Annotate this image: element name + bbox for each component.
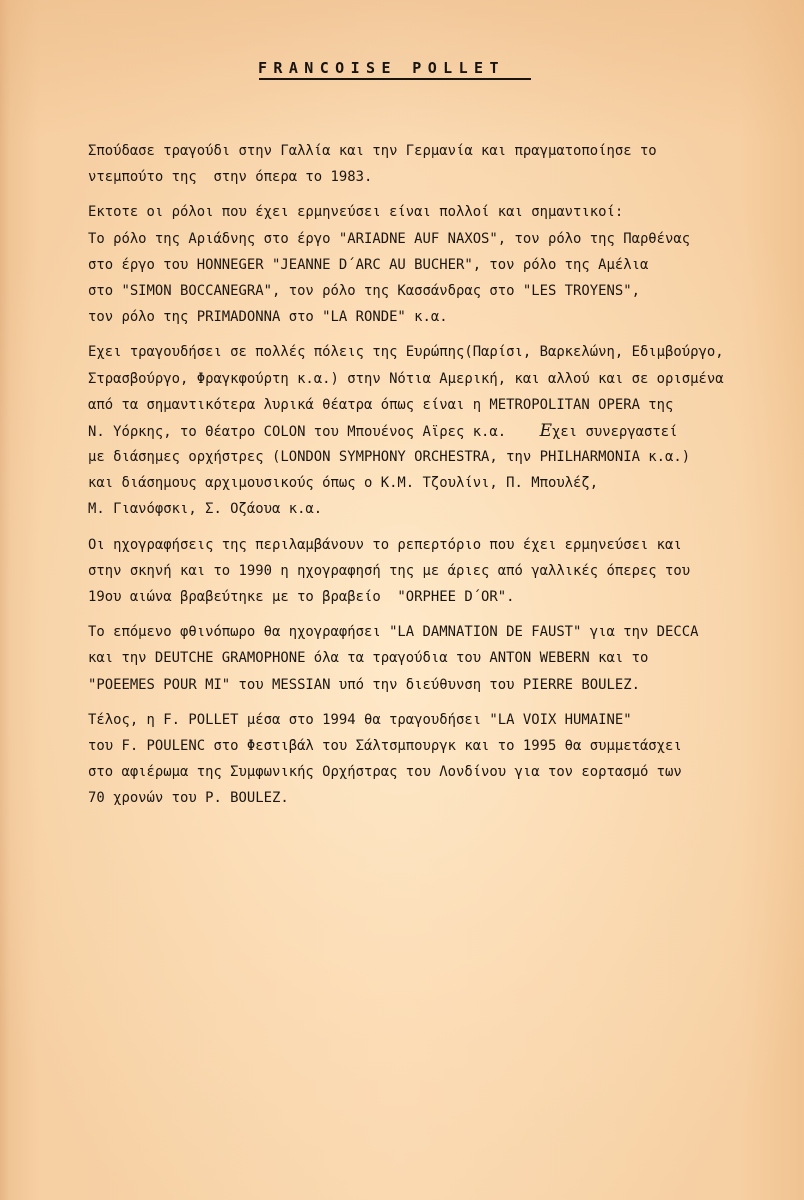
text-line: και διάσημους αρχιμουσικούς όπως ο Κ.Μ. …: [88, 470, 798, 496]
text-line: Οι ηχογραφήσεις της περιλαμβάνουν το ρεπ…: [88, 532, 798, 558]
text-line-with-handwriting: Ν. Υόρκης, το Θέατρο COLON του Μπουένος …: [88, 418, 798, 444]
text-line: 19ου αιώνα βραβεύτηκε με το βραβείο "ORP…: [88, 584, 798, 610]
text-line: με διάσημες ορχήστρες (LONDON SYMPHONY O…: [88, 444, 798, 470]
document-body: Σπούδασε τραγούδι στην Γαλλία και την Γε…: [88, 138, 798, 821]
text-line: 70 χρονών του P. BOULEZ.: [88, 785, 798, 811]
document-title: FRANCOISE POLLET: [258, 58, 532, 78]
text-line: τον ρόλο της PRIMADONNA στο "LA RONDE" κ…: [88, 304, 798, 330]
text-line: στην σκηνή και το 1990 η ηχογραφησή της …: [88, 558, 798, 584]
text-line: ντεμπούτο της στην όπερα το 1983.: [88, 164, 798, 190]
text-line: Το επόμενο φθινόπωρο θα ηχογραφήσει "LA …: [88, 619, 798, 645]
text-line: στο "SIMON BOCCANEGRA", τον ρόλο της Κασ…: [88, 278, 798, 304]
paragraph-recordings: Οι ηχογραφήσεις της περιλαμβάνουν το ρεπ…: [88, 532, 798, 611]
text-line: στο αφιέρωμα της Συμφωνικής Ορχήστρας το…: [88, 759, 798, 785]
text-line: Σπούδασε τραγούδι στην Γαλλία και την Γε…: [88, 138, 798, 164]
text-line: Τέλος, η F. POLLET μέσα στο 1994 θα τραγ…: [88, 707, 798, 733]
text-line: του F. POULENC στο Φεστιβάλ του Σάλτσμπο…: [88, 733, 798, 759]
text-line: και την DEUTCHE GRAMOPHONE όλα τα τραγού…: [88, 645, 798, 671]
text-line: Εκτοτε οι ρόλοι που έχει ερμηνεύσει είνα…: [88, 199, 798, 225]
text-line: στο έργο του HONNEGER "JEANNE D´ARC AU B…: [88, 252, 798, 278]
text-segment: Ν. Υόρκης, το Θέατρο COLON του Μπουένος …: [88, 424, 540, 440]
text-line: "POEEMES POUR MI" του MESSIAN υπό την δι…: [88, 672, 798, 698]
paragraph-roles: Εκτοτε οι ρόλοι που έχει ερμηνεύσει είνα…: [88, 199, 798, 330]
text-line: Εχει τραγουδήσει σε πολλές πόλεις της Ευ…: [88, 339, 798, 365]
paragraph-future: Τέλος, η F. POLLET μέσα στο 1994 θα τραγ…: [88, 707, 798, 812]
text-line: Μ. Γιανόφσκι, Σ. Οζάουα κ.α.: [88, 496, 798, 522]
text-line: Στρασβούργο, Φραγκφούρτη κ.α.) στην Νότι…: [88, 366, 798, 392]
scanned-page: FRANCOISE POLLET Σπούδασε τραγούδι στην …: [0, 0, 804, 1200]
title-underline: [259, 78, 531, 80]
paragraph-venues: Εχει τραγουδήσει σε πολλές πόλεις της Ευ…: [88, 339, 798, 522]
text-line: από τα σημαντικότερα λυρικά θέατρα όπως …: [88, 392, 798, 418]
paragraph-education: Σπούδασε τραγούδι στην Γαλλία και την Γε…: [88, 138, 798, 190]
paragraph-upcoming: Το επόμενο φθινόπωρο θα ηχογραφήσει "LA …: [88, 619, 798, 698]
text-line: Το ρόλο της Αριάδνης στο έργο "ARIADNE A…: [88, 226, 798, 252]
handwritten-correction: Ε: [540, 421, 552, 441]
text-segment: χει συνεργαστεί: [552, 424, 677, 440]
